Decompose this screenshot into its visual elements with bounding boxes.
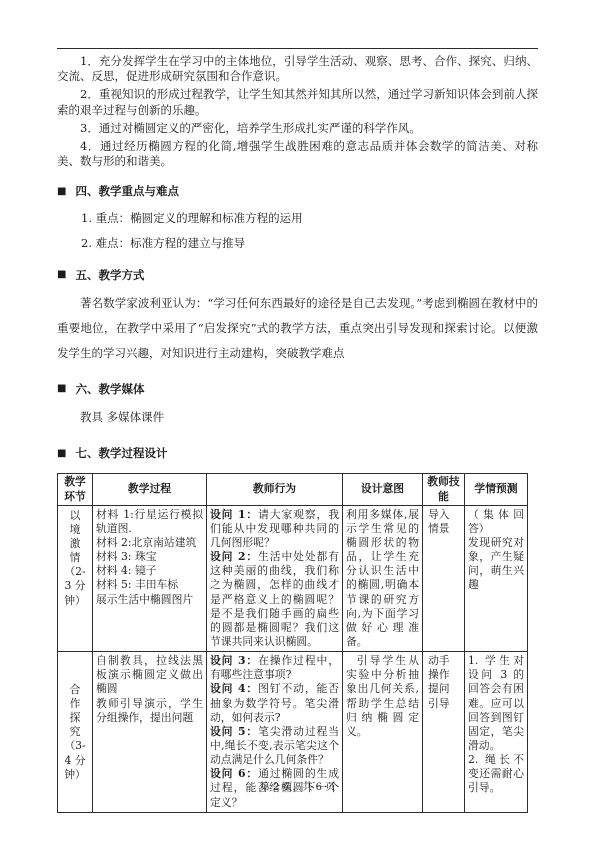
teacher-skill-cell: 导入 情景 bbox=[423, 505, 465, 651]
teaching-process-table: 教学环节 教学过程 教师行为 设计意图 教师技能 学情预测 以 境 激 情 （2… bbox=[57, 473, 528, 812]
question-item: 设问 3：在操作过程中，有哪些注意事项? bbox=[210, 654, 339, 682]
section-heading-key-points: ■ 四、教学重点与难点 bbox=[57, 184, 538, 199]
intro-paragraph-1: 1．充分发挥学生在学习中的主体地位，引导学生活动、观察、思考、合作、探究、归纳、… bbox=[57, 54, 538, 84]
question-item: 设问 5：笔尖滑动过程当中,绳长不变,表示笔尖这个动点满足什么几何条件？ bbox=[210, 725, 339, 767]
section-heading-process-design: ■ 七、教学过程设计 bbox=[57, 446, 538, 461]
design-intent-cell: 利用多媒体,展示学生常见的椭圆形状的物品，让学生充分认识生活中的椭圆,明确本节课… bbox=[343, 505, 423, 651]
column-header-learning-prediction: 学情预测 bbox=[465, 474, 528, 505]
column-header-stage: 教学环节 bbox=[58, 474, 93, 505]
table-header-row: 教学环节 教学过程 教师行为 设计意图 教师技能 学情预测 bbox=[58, 474, 528, 505]
key-point-item-2: 2. 难点：标准方程的建立与推导 bbox=[81, 236, 538, 251]
teaching-method-paragraph: 著名数学家波利亚认为：“学习任何东西最好的途径是自己去发现。”考虑到椭圆在教材中… bbox=[57, 291, 538, 366]
teaching-media-content: 教具 多媒体课件 bbox=[57, 410, 538, 425]
section-title: 六、教学媒体 bbox=[75, 382, 144, 397]
intro-paragraph-2: 2．重视知识的形成过程教学，让学生知其然并知其所以然，通过学习新知识体会到前人探… bbox=[57, 87, 538, 117]
question-item: 设问 2：生活中处处都有这种美丽的曲线，我们称之为椭圆，怎样的曲线才是严格意义上… bbox=[210, 550, 339, 649]
stage-cell: 以 境 激 情 （2- 3 分 钟） bbox=[58, 505, 93, 651]
column-header-teacher-actions: 教师行为 bbox=[207, 474, 343, 505]
section-title: 五、教学方式 bbox=[75, 268, 144, 283]
section-title: 四、教学重点与难点 bbox=[75, 184, 179, 199]
question-item: 设问 4：图钉不动，能否抽象为数学符号。笔尖滑动，如何表示? bbox=[210, 682, 339, 724]
process-cell: 材料 1:行星运行模拟轨道图. 材料 2:北京南站建筑 材料 3: 珠宝 材料 … bbox=[93, 505, 207, 651]
intro-paragraph-3: 3．通过对椭圆定义的严密化，培养学生形成扎实严谨的科学作风。 bbox=[57, 121, 538, 136]
section-heading-teaching-method: ■ 五、教学方式 bbox=[57, 268, 538, 283]
column-header-teacher-skills: 教师技能 bbox=[423, 474, 465, 505]
section-title: 七、教学过程设计 bbox=[75, 446, 167, 461]
question-item: 设问 1：请大家观察，我们能从中发现哪种共同的几何图形呢？ bbox=[210, 508, 339, 550]
page-header-rule bbox=[57, 48, 538, 49]
column-header-design-intent: 设计意图 bbox=[343, 474, 423, 505]
section-heading-teaching-media: ■ 六、教学媒体 bbox=[57, 382, 538, 397]
key-point-item-1: 1. 重点：椭圆定义的理解和标准方程的运用 bbox=[81, 211, 538, 226]
section-bullet-icon: ■ bbox=[57, 187, 66, 197]
page-number: 第 2 页，共 6 页 bbox=[0, 781, 595, 794]
column-header-process: 教学过程 bbox=[93, 474, 207, 505]
document-page: 1．充分发挥学生在学习中的主体地位，引导学生活动、观察、思考、合作、探究、归纳、… bbox=[0, 0, 595, 842]
teacher-actions-cell: 设问 1：请大家观察，我们能从中发现哪种共同的几何图形呢？ 设问 2：生活中处处… bbox=[207, 505, 343, 651]
section-bullet-icon: ■ bbox=[57, 270, 66, 280]
intro-paragraph-4: 4．通过经历椭圆方程的化简,增强学生战胜困难的意志品质并体会数学的简洁美、对称美… bbox=[57, 139, 538, 169]
section-bullet-icon: ■ bbox=[57, 384, 66, 394]
section-bullet-icon: ■ bbox=[57, 449, 66, 459]
table-row: 以 境 激 情 （2- 3 分 钟） 材料 1:行星运行模拟轨道图. 材料 2:… bbox=[58, 505, 528, 651]
learning-prediction-cell: （集体回答） 发现研究对象，产生疑问，萌生兴趣 bbox=[465, 505, 528, 651]
